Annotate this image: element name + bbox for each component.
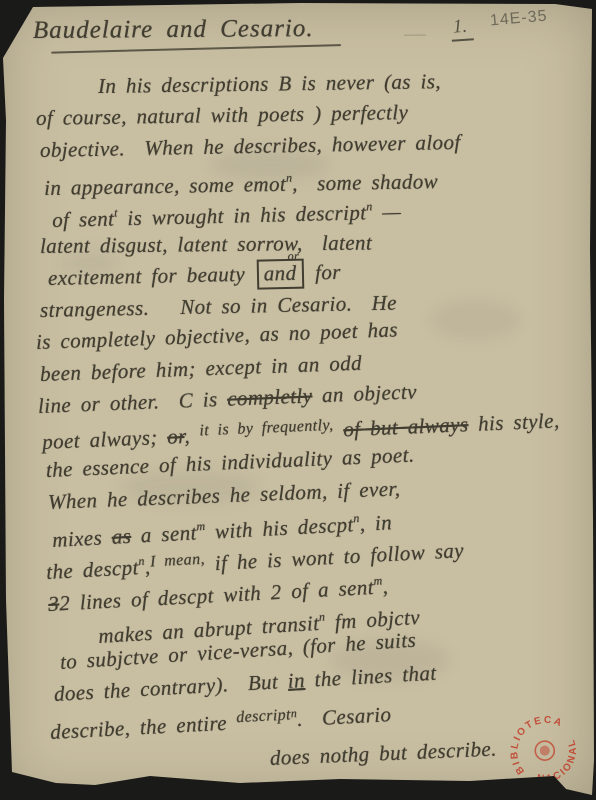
- manuscript-body: In his descriptions B is never (as is,of…: [36, 70, 588, 774]
- struck-text: or: [167, 424, 185, 449]
- text-segment: objective. When he describes, however al…: [40, 130, 461, 162]
- text-segment: —: [372, 199, 401, 224]
- text-segment: of course, natural with poets ) perfectl…: [36, 100, 409, 130]
- text-segment: describe, the entire: [50, 710, 237, 744]
- page-number: 1.: [450, 15, 474, 41]
- text-segment: an objectv: [312, 379, 417, 407]
- text-segment: ,: [184, 423, 200, 448]
- text-segment: the lines that: [304, 661, 437, 692]
- struck-text: completly: [227, 383, 313, 410]
- text-segment: of sent: [52, 206, 115, 232]
- text-segment: In his descriptions B is never (as is,: [98, 69, 441, 98]
- manuscript-page: Baudelaire and Cesario. —– 1. 14E-35 In …: [0, 0, 596, 800]
- page-title-text: Baudelaire and Cesario.: [33, 15, 314, 44]
- text-segment: excitement for beauty: [48, 262, 255, 290]
- interlinear-note: or: [287, 250, 299, 262]
- stamp-emblem-inner: [538, 744, 552, 758]
- text-segment: for: [305, 260, 341, 285]
- text-segment: line or other. C is: [38, 387, 228, 418]
- catalog-code: 14E-35: [489, 8, 548, 31]
- text-segment: is wrought in his descript: [117, 200, 366, 230]
- text-segment: does nothg but describe.: [269, 737, 497, 770]
- boxed-word: andor: [256, 259, 303, 290]
- photograph-stage: Baudelaire and Cesario. —– 1. 14E-35 In …: [0, 0, 596, 800]
- text-segment: latent disgust, latent sorrow, latent: [40, 231, 372, 258]
- text-segment: it is by frequently,: [199, 417, 334, 440]
- text-segment: in: [287, 668, 305, 693]
- text-segment: descript: [236, 706, 292, 726]
- title-underline: [51, 44, 341, 54]
- text-segment: I mean,: [150, 551, 206, 571]
- text-segment: his style,: [468, 408, 560, 436]
- page-title: Baudelaire and Cesario.: [33, 15, 318, 48]
- pencil-dash-mark: —–: [404, 26, 424, 44]
- text-segment: . Cesario: [297, 702, 392, 731]
- text-segment: ,: [382, 574, 389, 598]
